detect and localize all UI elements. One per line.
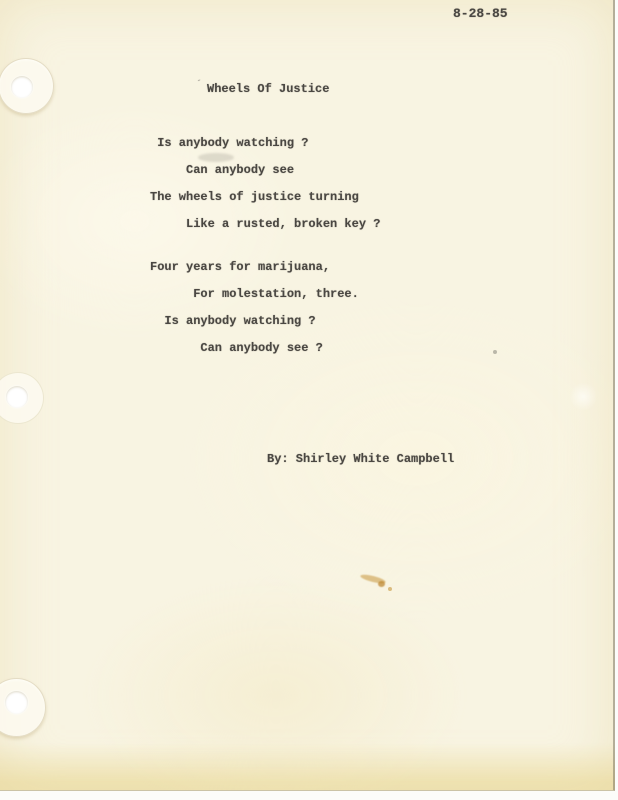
stray-mark: ´: [196, 80, 202, 91]
stain-speck: [388, 587, 392, 591]
page-title: Wheels Of Justice: [207, 82, 329, 96]
poem-line: Like a rusted, broken key ?: [150, 216, 380, 232]
poem-line: Can anybody see: [150, 162, 294, 178]
byline: By: Shirley White Campbell: [267, 452, 454, 466]
poem-line: For molestation, three.: [150, 286, 359, 302]
paper-speck: [493, 350, 497, 354]
poem-line: Can anybody see ?: [150, 340, 323, 356]
hole-center: [5, 691, 28, 714]
poem-line: Is anybody watching ?: [150, 313, 316, 329]
stain-dot: [378, 581, 385, 587]
paper-sheet: 8-28-85 ´ Wheels Of Justice Is anybody w…: [0, 0, 615, 791]
date-annotation: 8-28-85: [453, 6, 508, 21]
hole-center: [11, 76, 33, 98]
poem-line: The wheels of justice turning: [150, 189, 359, 205]
poem-line: Is anybody watching ?: [150, 135, 308, 151]
poem-line: Four years for marijuana,: [150, 259, 330, 275]
ink-smudge: [198, 153, 234, 162]
hole-center: [6, 386, 28, 408]
